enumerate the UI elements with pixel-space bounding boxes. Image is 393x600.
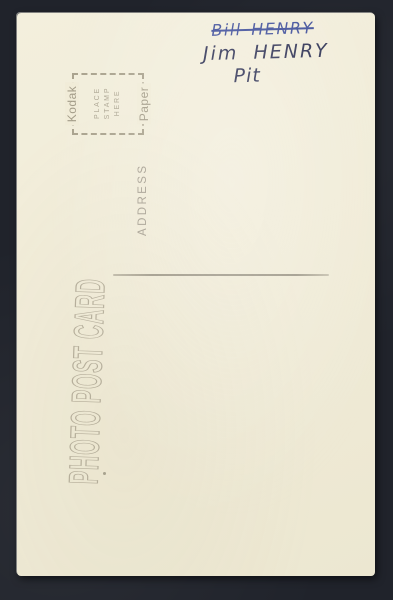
stamp-instruction-line-1: PLACE bbox=[93, 75, 103, 131]
stamp-instruction-line-2: STAMP bbox=[103, 75, 113, 131]
place-stamp-here-label: PLACE STAMP HERE bbox=[93, 75, 123, 133]
stamp-box: Kodak PLACE STAMP HERE Paper bbox=[71, 71, 145, 136]
stamp-box-border: Kodak PLACE STAMP HERE Paper bbox=[72, 73, 144, 135]
postcard-back: Kodak PLACE STAMP HERE Paper Bill HENRY … bbox=[17, 13, 375, 576]
photo-frame: Kodak PLACE STAMP HERE Paper Bill HENRY … bbox=[0, 0, 393, 600]
address-divider-line bbox=[113, 274, 329, 276]
handwriting-team: Pit bbox=[233, 62, 364, 87]
handwriting-name: Jim HENRY bbox=[203, 39, 364, 65]
paper-label: Paper bbox=[137, 83, 151, 124]
photo-post-card-branding: PHOTO POST CARD bbox=[53, 271, 114, 488]
address-label: ADDRESS bbox=[137, 164, 150, 236]
handwriting-crossed-out-name: Bill HENRY bbox=[211, 17, 362, 40]
handwriting: Bill HENRY Jim HENRY Pit bbox=[202, 17, 364, 88]
stamp-instruction-line-3: HERE bbox=[113, 75, 123, 131]
brand-text: PHOTO POST CARD bbox=[60, 277, 113, 484]
kodak-label: Kodak bbox=[65, 82, 79, 125]
paper-speck bbox=[103, 472, 106, 475]
